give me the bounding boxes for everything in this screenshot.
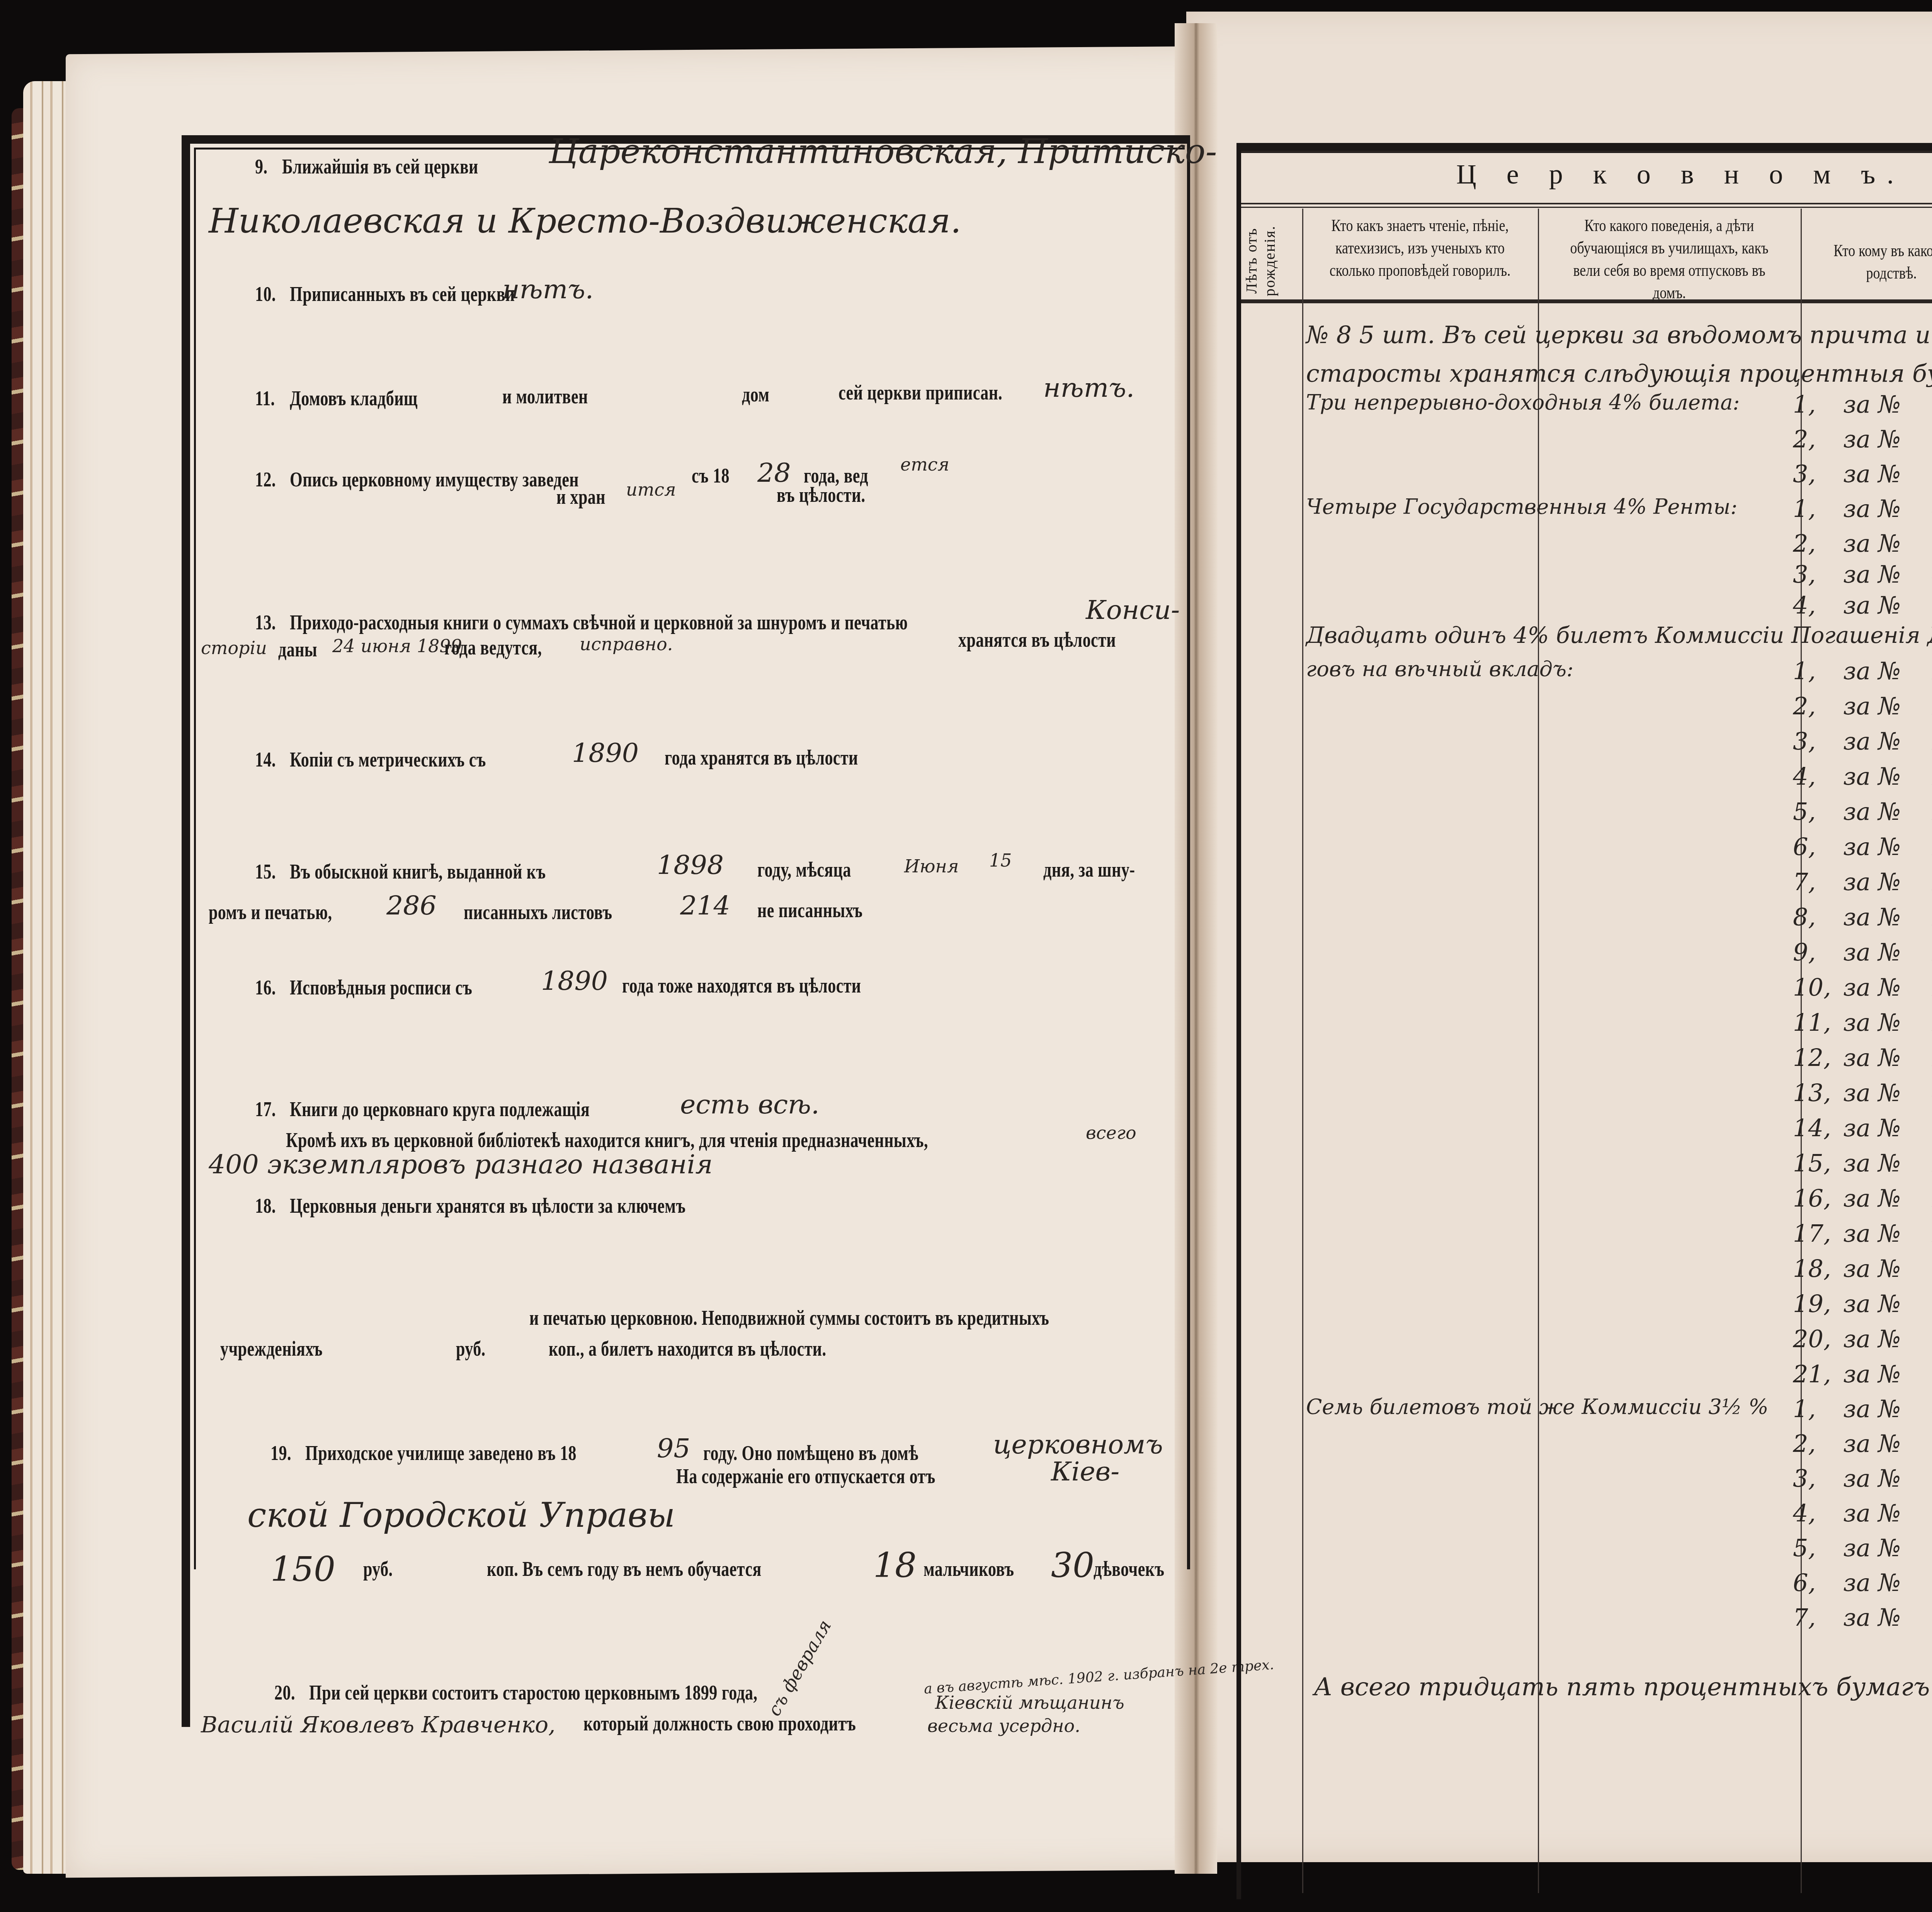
bond-label: за № bbox=[1843, 1325, 1901, 1353]
printed-text: дня, за шну- bbox=[1043, 858, 1135, 882]
printed-text: году, мѣсяца bbox=[757, 858, 851, 882]
handwritten-day: 15 bbox=[989, 850, 1012, 871]
bond-index: 3, bbox=[1793, 560, 1828, 588]
handwritten-text: ской Городской Управы bbox=[247, 1495, 675, 1535]
handwritten-text: Цареконстантиновская, Притиско- bbox=[549, 131, 1217, 171]
bond-index: 4, bbox=[1793, 591, 1828, 619]
handwritten-year: 1890 bbox=[541, 966, 608, 996]
printed-text: писанныхъ листовъ bbox=[464, 900, 612, 924]
printed-text: даны bbox=[278, 637, 317, 661]
bond-label: за № bbox=[1843, 1184, 1901, 1212]
printed-text: хранятся въ цѣлости bbox=[958, 628, 1116, 652]
bond-label: за № bbox=[1843, 833, 1901, 861]
bond-label: за № bbox=[1843, 938, 1901, 966]
printed-text: Въ обыскной книгѣ, выданной къ bbox=[290, 860, 546, 884]
bond-group-label: Семь билетовъ той же Коммиссіи 3½ % bbox=[1306, 1395, 1769, 1419]
handwritten-year: 95 bbox=[657, 1433, 690, 1464]
handwritten-text: сторіи bbox=[201, 637, 267, 658]
bond-index: 3, bbox=[1793, 727, 1828, 755]
handwritten-text: нѣтъ. bbox=[1043, 373, 1134, 403]
handwritten-text: исправно. bbox=[580, 634, 673, 654]
column-header-knowledge: Кто какъ знаетъ чтеніе, пѣніе, катехизис… bbox=[1327, 214, 1514, 282]
printed-text: Приписанныхъ въ сей церкви bbox=[290, 282, 515, 306]
bond-index: 9, bbox=[1793, 938, 1828, 966]
bond-index: 12, bbox=[1793, 1044, 1828, 1072]
printed-text: Опись церковному имуществу заведен bbox=[290, 467, 579, 491]
handwritten-text: ется bbox=[900, 454, 949, 475]
printed-text: ромъ и печатью, bbox=[209, 900, 332, 924]
printed-text: съ 18 bbox=[692, 464, 730, 488]
handwritten-count: 18 bbox=[873, 1545, 917, 1585]
bond-index: 11, bbox=[1793, 1008, 1828, 1037]
bond-index: 3, bbox=[1793, 1464, 1828, 1492]
bond-index: 2, bbox=[1793, 692, 1828, 720]
item-number: 20. bbox=[274, 1681, 295, 1705]
printed-text: Копіи съ метрическихъ съ bbox=[290, 748, 486, 772]
bond-index: 4, bbox=[1793, 1499, 1828, 1527]
bond-label: за № bbox=[1843, 425, 1901, 453]
left-page-frame-bottom bbox=[182, 1565, 190, 1727]
handwritten-text: весьма усердно. bbox=[927, 1715, 1080, 1736]
column-divider bbox=[1302, 209, 1303, 1893]
printed-text: не писанныхъ bbox=[757, 898, 862, 922]
bond-index: 17, bbox=[1793, 1219, 1828, 1247]
bond-label: за № bbox=[1843, 591, 1901, 619]
bond-index: 15, bbox=[1793, 1149, 1828, 1177]
bond-label: за № bbox=[1843, 692, 1901, 720]
bond-index: 5, bbox=[1793, 797, 1828, 826]
bond-label: за № bbox=[1843, 1114, 1901, 1142]
item-number: 16. bbox=[255, 976, 276, 999]
item-number: 9. bbox=[255, 155, 267, 178]
column-divider bbox=[1538, 209, 1539, 1893]
item-number: 11. bbox=[255, 386, 275, 410]
handwritten-text: церковномъ bbox=[993, 1429, 1163, 1460]
bond-label: за № bbox=[1843, 1360, 1901, 1388]
bond-group-label-2: говъ на вѣчный вкладъ: bbox=[1306, 657, 1573, 681]
item-number: 14. bbox=[255, 748, 276, 772]
bond-index: 20, bbox=[1793, 1325, 1828, 1353]
item-number: 18. bbox=[255, 1194, 276, 1218]
bond-label: за № bbox=[1843, 762, 1901, 790]
bond-label: за № bbox=[1843, 657, 1901, 685]
bond-label: за № bbox=[1843, 495, 1901, 523]
bond-index: 7, bbox=[1793, 868, 1828, 896]
bond-label: за № bbox=[1843, 727, 1901, 755]
bond-index: 7, bbox=[1793, 1603, 1828, 1632]
bond-index: 6, bbox=[1793, 1569, 1828, 1597]
handwritten-text: Конси- bbox=[1086, 595, 1180, 625]
printed-text: года ведутся, bbox=[444, 636, 542, 659]
bond-index: 19, bbox=[1793, 1290, 1828, 1318]
bond-group-label: Четыре Государственныя 4% Ренты: bbox=[1306, 495, 1737, 519]
bond-label: за № bbox=[1843, 973, 1901, 1001]
printed-text: и молитвен bbox=[502, 384, 588, 408]
bond-index: 2, bbox=[1793, 425, 1828, 453]
bond-label: за № bbox=[1843, 903, 1901, 931]
printed-text: который должность свою проходитъ bbox=[583, 1711, 856, 1735]
bond-label: за № bbox=[1843, 529, 1901, 557]
bond-label: за № bbox=[1843, 797, 1901, 826]
column-header-behavior: Кто какого поведенія, а дѣти обучающіяся… bbox=[1565, 214, 1774, 304]
divider bbox=[1241, 203, 1932, 204]
column-header-kinship: Кто кому въ какомъ родствѣ. bbox=[1820, 240, 1932, 284]
bond-label: за № bbox=[1843, 1395, 1901, 1423]
handwritten-text: 400 экземпляровъ разнаго названія bbox=[209, 1149, 713, 1180]
printed-text: мальчиковъ bbox=[923, 1557, 1014, 1581]
printed-text: дѣвочекъ bbox=[1094, 1557, 1164, 1581]
printed-text: года хранятся въ цѣлости bbox=[665, 746, 858, 770]
handwritten-text: ится bbox=[626, 479, 676, 500]
bond-label: за № bbox=[1843, 390, 1901, 418]
printed-text: Приходское училище заведено въ 18 bbox=[305, 1441, 577, 1465]
handwritten-amount: 150 bbox=[270, 1549, 335, 1589]
bond-group-label: Двадцать одинъ 4% билетъ Коммиссіи Погаш… bbox=[1306, 622, 1932, 648]
printed-text: учрежденіяхъ bbox=[220, 1337, 323, 1361]
handwritten-count: 30 bbox=[1051, 1545, 1094, 1585]
page-title: Ц е р к о в н о м ъ. bbox=[1236, 158, 1932, 190]
bond-index: 8, bbox=[1793, 903, 1828, 931]
bond-label: за № bbox=[1843, 460, 1901, 488]
bond-index: 1, bbox=[1793, 390, 1828, 418]
bond-index: 2, bbox=[1793, 1429, 1828, 1458]
bond-index: 1, bbox=[1793, 657, 1828, 685]
bond-label: за № bbox=[1843, 1079, 1901, 1107]
bond-index: 1, bbox=[1793, 1395, 1828, 1423]
bond-label: за № bbox=[1843, 1044, 1901, 1072]
printed-text: руб. bbox=[363, 1557, 393, 1581]
item-number: 13. bbox=[255, 610, 276, 634]
bond-label: за № bbox=[1843, 1534, 1901, 1562]
divider bbox=[1241, 151, 1932, 152]
handwritten-count: 214 bbox=[680, 891, 730, 921]
bond-label: за № bbox=[1843, 868, 1901, 896]
bond-label: за № bbox=[1843, 1429, 1901, 1458]
item-number: 15. bbox=[255, 860, 276, 884]
handwritten-text: всего bbox=[1086, 1122, 1136, 1143]
bond-index: 10, bbox=[1793, 973, 1828, 1001]
item-number: 17. bbox=[255, 1097, 276, 1121]
item-number: 10. bbox=[255, 282, 276, 306]
handwritten-date: 24 июня 1899 bbox=[332, 636, 462, 656]
bond-index: 2, bbox=[1793, 529, 1828, 557]
printed-text: На содержаніе его отпускается отъ bbox=[676, 1464, 935, 1488]
printed-text: коп., а билетъ находится въ цѣлости. bbox=[549, 1337, 826, 1361]
printed-text: году. Оно помѣщено въ домѣ bbox=[703, 1441, 918, 1465]
handwritten-text: Кіев- bbox=[1051, 1457, 1119, 1487]
bond-index: 3, bbox=[1793, 460, 1828, 488]
intro-line-1: № 8 5 шт. Въ сей церкви за вѣдомомъ прич… bbox=[1306, 321, 1932, 349]
bond-label: за № bbox=[1843, 1499, 1901, 1527]
handwritten-year: 1890 bbox=[572, 738, 639, 768]
bond-label: за № bbox=[1843, 560, 1901, 588]
bond-index: 13, bbox=[1793, 1079, 1828, 1107]
printed-text: Приходо-расходныя книги о суммахъ свѣчно… bbox=[290, 610, 908, 634]
item-number: 19. bbox=[270, 1441, 291, 1465]
bond-label: за № bbox=[1843, 1603, 1901, 1632]
bond-index: 4, bbox=[1793, 762, 1828, 790]
divider bbox=[1241, 207, 1932, 208]
printed-text: и хран bbox=[556, 485, 605, 509]
handwritten-text: Кіевскій мѣщанинъ bbox=[935, 1692, 1124, 1713]
handwritten-month: Июня bbox=[904, 856, 959, 877]
bond-index: 16, bbox=[1793, 1184, 1828, 1212]
printed-text: Церковныя деньги хранятся въ цѣлости за … bbox=[290, 1194, 685, 1218]
bond-index: 1, bbox=[1793, 495, 1828, 523]
printed-text: Кромѣ ихъ въ церковной библіотекѣ находи… bbox=[286, 1128, 928, 1152]
handwritten-text: есть всѣ. bbox=[680, 1089, 820, 1120]
bond-label: за № bbox=[1843, 1569, 1901, 1597]
total-line: А всего тридцать пять процентныхъ бумагъ… bbox=[1314, 1673, 1932, 1701]
printed-text: коп. Въ семъ году въ немъ обучается bbox=[487, 1557, 762, 1581]
column-header-age: Лѣтъ отъ рожденія. bbox=[1242, 216, 1277, 305]
printed-text: При сей церкви состоитъ старостою церков… bbox=[309, 1681, 757, 1705]
printed-text: Книги до церковнаго круга подлежащія bbox=[290, 1097, 590, 1121]
bond-label: за № bbox=[1843, 1008, 1901, 1037]
bond-index: 6, bbox=[1793, 833, 1828, 861]
bond-label: за № bbox=[1843, 1219, 1901, 1247]
printed-text: Ближайшія въ сей церкви bbox=[282, 155, 478, 178]
printed-text: дом bbox=[742, 382, 769, 406]
bond-label: за № bbox=[1843, 1290, 1901, 1318]
item-number: 12. bbox=[255, 467, 276, 491]
handwritten-name: Василій Яковлевъ Кравченко, bbox=[201, 1711, 556, 1738]
printed-text: въ цѣлости. bbox=[777, 483, 866, 507]
printed-text: и печатью церковною. Неподвижной суммы с… bbox=[529, 1306, 1049, 1330]
printed-text: сей церкви приписан. bbox=[838, 381, 1002, 404]
printed-text: руб. bbox=[456, 1337, 486, 1361]
bond-group-label: Три непрерывно-доходныя 4% билета: bbox=[1306, 390, 1740, 415]
bond-label: за № bbox=[1843, 1254, 1901, 1283]
bond-label: за № bbox=[1843, 1464, 1901, 1492]
printed-text: года тоже находятся въ цѣлости bbox=[622, 974, 861, 998]
handwritten-year: 1898 bbox=[657, 850, 724, 880]
printed-text: Домовъ кладбищ bbox=[290, 386, 418, 410]
bond-index: 21, bbox=[1793, 1360, 1828, 1388]
handwritten-text: Николаевская и Кресто-Воздвиженская. bbox=[209, 201, 961, 241]
printed-text: Исповѣдныя росписи съ bbox=[290, 976, 472, 999]
bond-index: 14, bbox=[1793, 1114, 1828, 1142]
handwritten-text: нѣтъ. bbox=[502, 274, 594, 305]
bond-label: за № bbox=[1843, 1149, 1901, 1177]
bond-index: 18, bbox=[1793, 1254, 1828, 1283]
handwritten-count: 286 bbox=[386, 891, 437, 921]
intro-line-2: старосты хранятся слѣдующія процентныя б… bbox=[1306, 359, 1932, 387]
bond-index: 5, bbox=[1793, 1534, 1828, 1562]
